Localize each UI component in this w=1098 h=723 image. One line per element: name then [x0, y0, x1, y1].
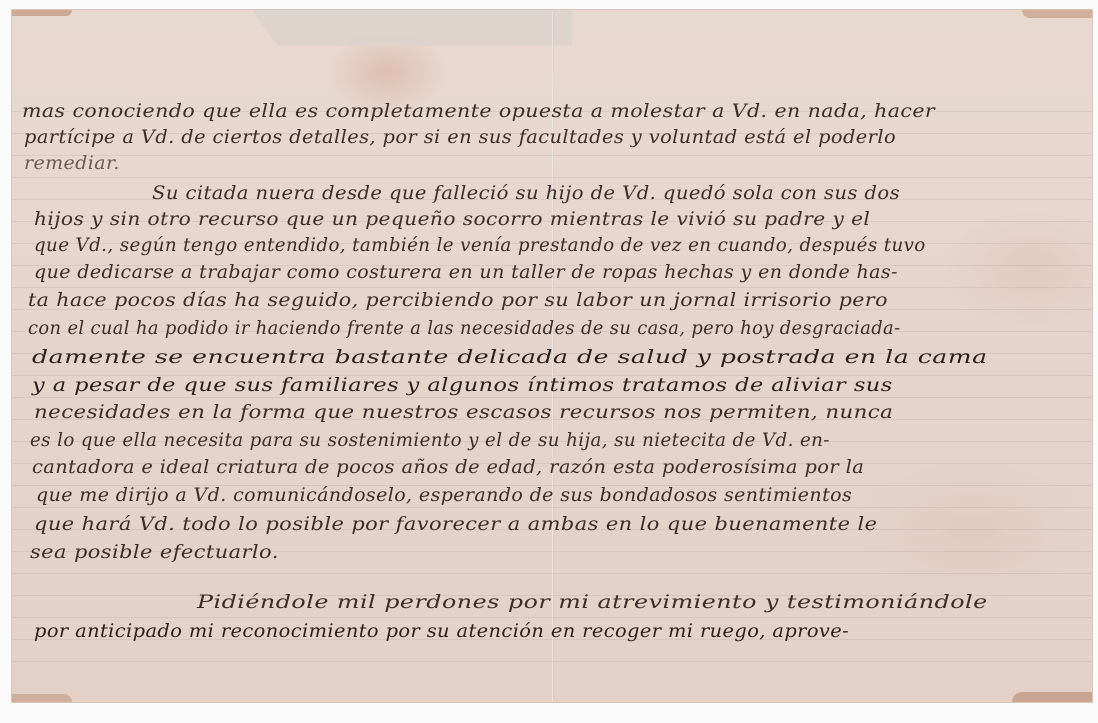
letter-line: hijos y sin otro recurso que un pequeño … — [34, 208, 870, 230]
paper-sheet: mas conociendo que ella es completamente… — [12, 10, 1092, 702]
letter-line: que dedicarse a trabajar como costurera … — [34, 261, 898, 283]
letter-line: por anticipado mi reconocimiento por su … — [34, 620, 849, 642]
letter-line: remediar. — [24, 152, 120, 174]
letter-line: sea posible efectuarlo. — [30, 541, 279, 563]
letter-line: partícipe a Vd. de ciertos detalles, por… — [24, 126, 896, 148]
corner-stain-bottom-left — [12, 694, 72, 702]
letter-line: necesidades en la forma que nuestros esc… — [34, 401, 893, 423]
letter-line: damente se encuentra bastante delicada d… — [32, 346, 988, 368]
letter-line: ta hace pocos días ha seguido, percibien… — [28, 289, 888, 311]
corner-stain-bottom-right — [1012, 692, 1092, 702]
corner-stain-top-right — [1022, 10, 1092, 18]
letter-line: es lo que ella necesita para su sostenim… — [30, 429, 830, 451]
letter-paragraph-start: Su citada nuera desde que falleció su hi… — [152, 182, 900, 204]
letter-line: cantadora e ideal criatura de pocos años… — [32, 456, 864, 478]
scanned-letter: mas conociendo que ella es completamente… — [0, 0, 1098, 723]
letter-line: que me dirijo a Vd. comunicándoselo, esp… — [36, 484, 852, 506]
letter-line: y a pesar de que sus familiares y alguno… — [32, 374, 893, 396]
letter-line: con el cual ha podido ir haciendo frente… — [28, 317, 900, 339]
letter-paragraph-start: Pidiéndole mil perdones por mi atrevimie… — [197, 591, 988, 613]
folded-flap — [252, 10, 572, 46]
letter-line: que hará Vd. todo lo posible por favorec… — [34, 513, 877, 535]
letter-line: mas conociendo que ella es completamente… — [22, 100, 935, 122]
letter-line: que Vd., según tengo entendido, también … — [34, 234, 926, 256]
corner-stain-top-left — [12, 10, 72, 16]
